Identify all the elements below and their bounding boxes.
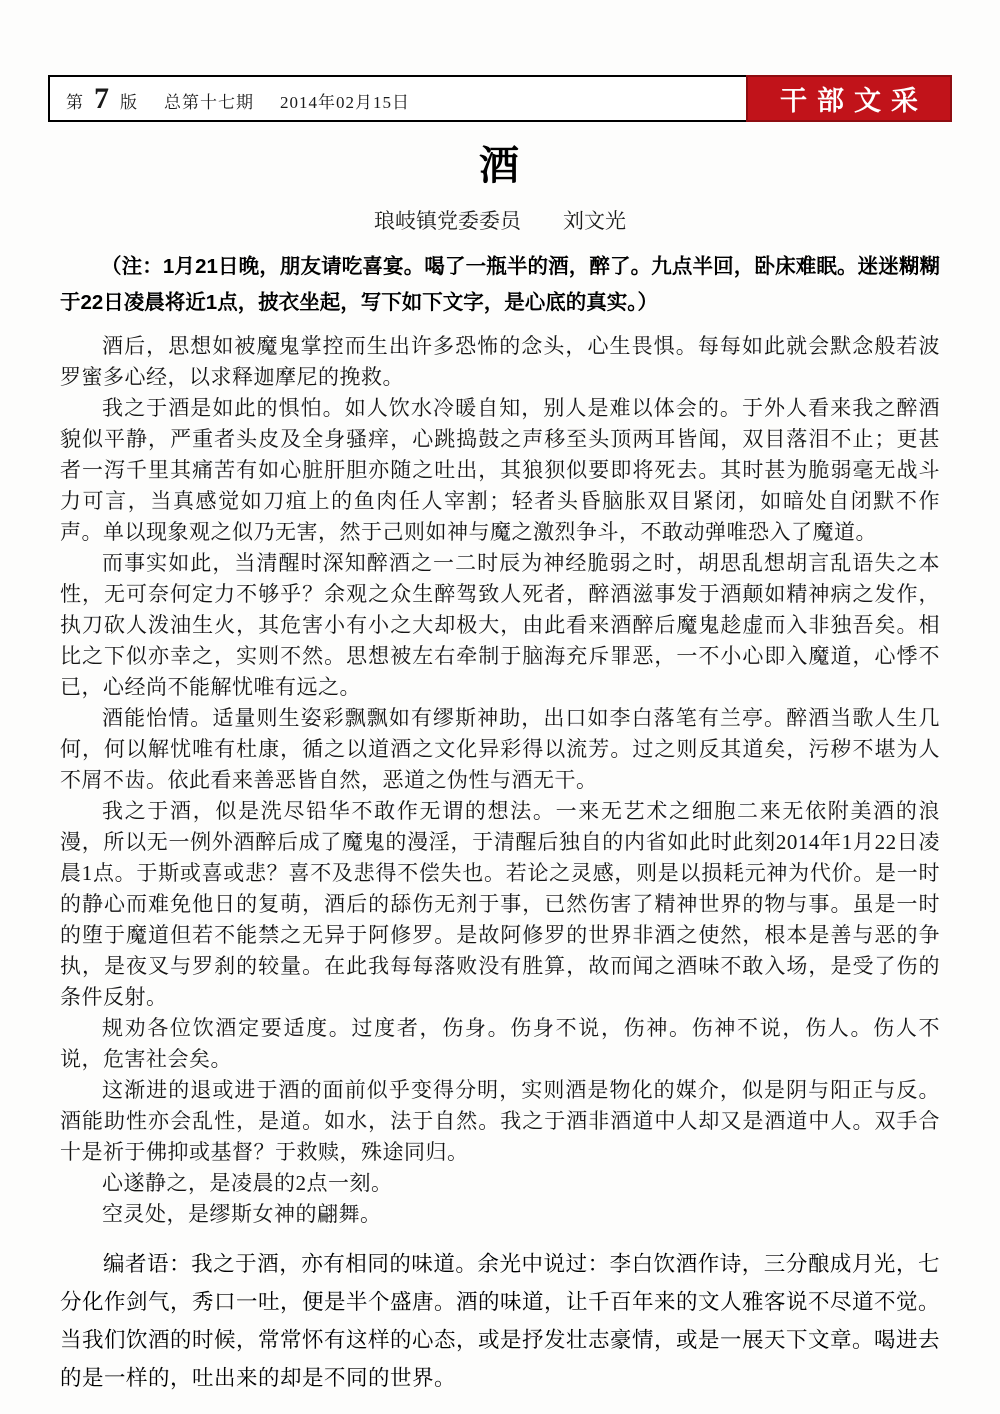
page-label-suffix: 版 (120, 88, 138, 113)
body-paragraph: 规劝各位饮酒定要适度。过度者，伤身。伤身不说，伤神。伤神不说，伤人。伤人不说，危… (60, 1013, 940, 1075)
body-paragraph: 酒能怡情。适量则生姿彩飘飘如有缪斯神助，出口如李白落笔有兰亭。醉酒当歌人生几何，… (60, 703, 940, 796)
body-paragraph: 我之于酒，似是洗尽铅华不敢作无谓的想法。一来无艺术之细胞二来无依附美酒的浪漫，所… (60, 796, 940, 1013)
article: 酒 琅岐镇党委委员 刘文光 （注：1月21日晚，朋友请吃喜宴。喝了一瓶半的酒，醉… (0, 134, 1000, 1398)
body-paragraph: 这渐进的退或进于酒的面前似乎变得分明，实则酒是物化的媒介，似是阴与阳正与反。酒能… (60, 1075, 940, 1168)
author-note: （注：1月21日晚，朋友请吃喜宴。喝了一瓶半的酒，醉了。九点半回，卧床难眠。迷迷… (60, 249, 940, 321)
edition-info: 第 7 版 总第十七期 2014年02月15日 (50, 84, 410, 114)
body-paragraph: 空灵处，是缪斯女神的翩舞。 (60, 1199, 940, 1230)
body-paragraph: 我之于酒是如此的惧怕。如人饮水冷暖自知，别人是难以体会的。于外人看来我之醉酒貌似… (60, 393, 940, 548)
article-body: 酒后，思想如被魔鬼掌控而生出许多恐怖的念头，心生畏惧。每每如此就会默念般若波罗蜜… (60, 331, 940, 1230)
page-header: 第 7 版 总第十七期 2014年02月15日 干部文采 (48, 75, 952, 122)
byline: 琅岐镇党委委员 刘文光 (60, 205, 940, 235)
page-number: 7 (94, 84, 110, 114)
page-label-prefix: 第 (66, 88, 84, 113)
editor-note: 编者语：我之于酒，亦有相同的味道。余光中说过：李白饮酒作诗，三分酿成月光，七分化… (60, 1246, 940, 1398)
masthead-banner: 干部文采 (746, 75, 952, 122)
publication-date: 2014年02月15日 (280, 88, 410, 113)
issue-number: 总第十七期 (164, 88, 254, 113)
body-paragraph: 酒后，思想如被魔鬼掌控而生出许多恐怖的念头，心生畏惧。每每如此就会默念般若波罗蜜… (60, 331, 940, 393)
article-title: 酒 (60, 134, 940, 191)
newspaper-page: 第 7 版 总第十七期 2014年02月15日 干部文采 酒 琅岐镇党委委员 刘… (0, 0, 1000, 1414)
body-paragraph: 而事实如此，当清醒时深知醉酒之一二时辰为神经脆弱之时，胡思乱想胡言乱语失之本性，… (60, 548, 940, 703)
body-paragraph: 心遂静之，是凌晨的2点一刻。 (60, 1168, 940, 1199)
